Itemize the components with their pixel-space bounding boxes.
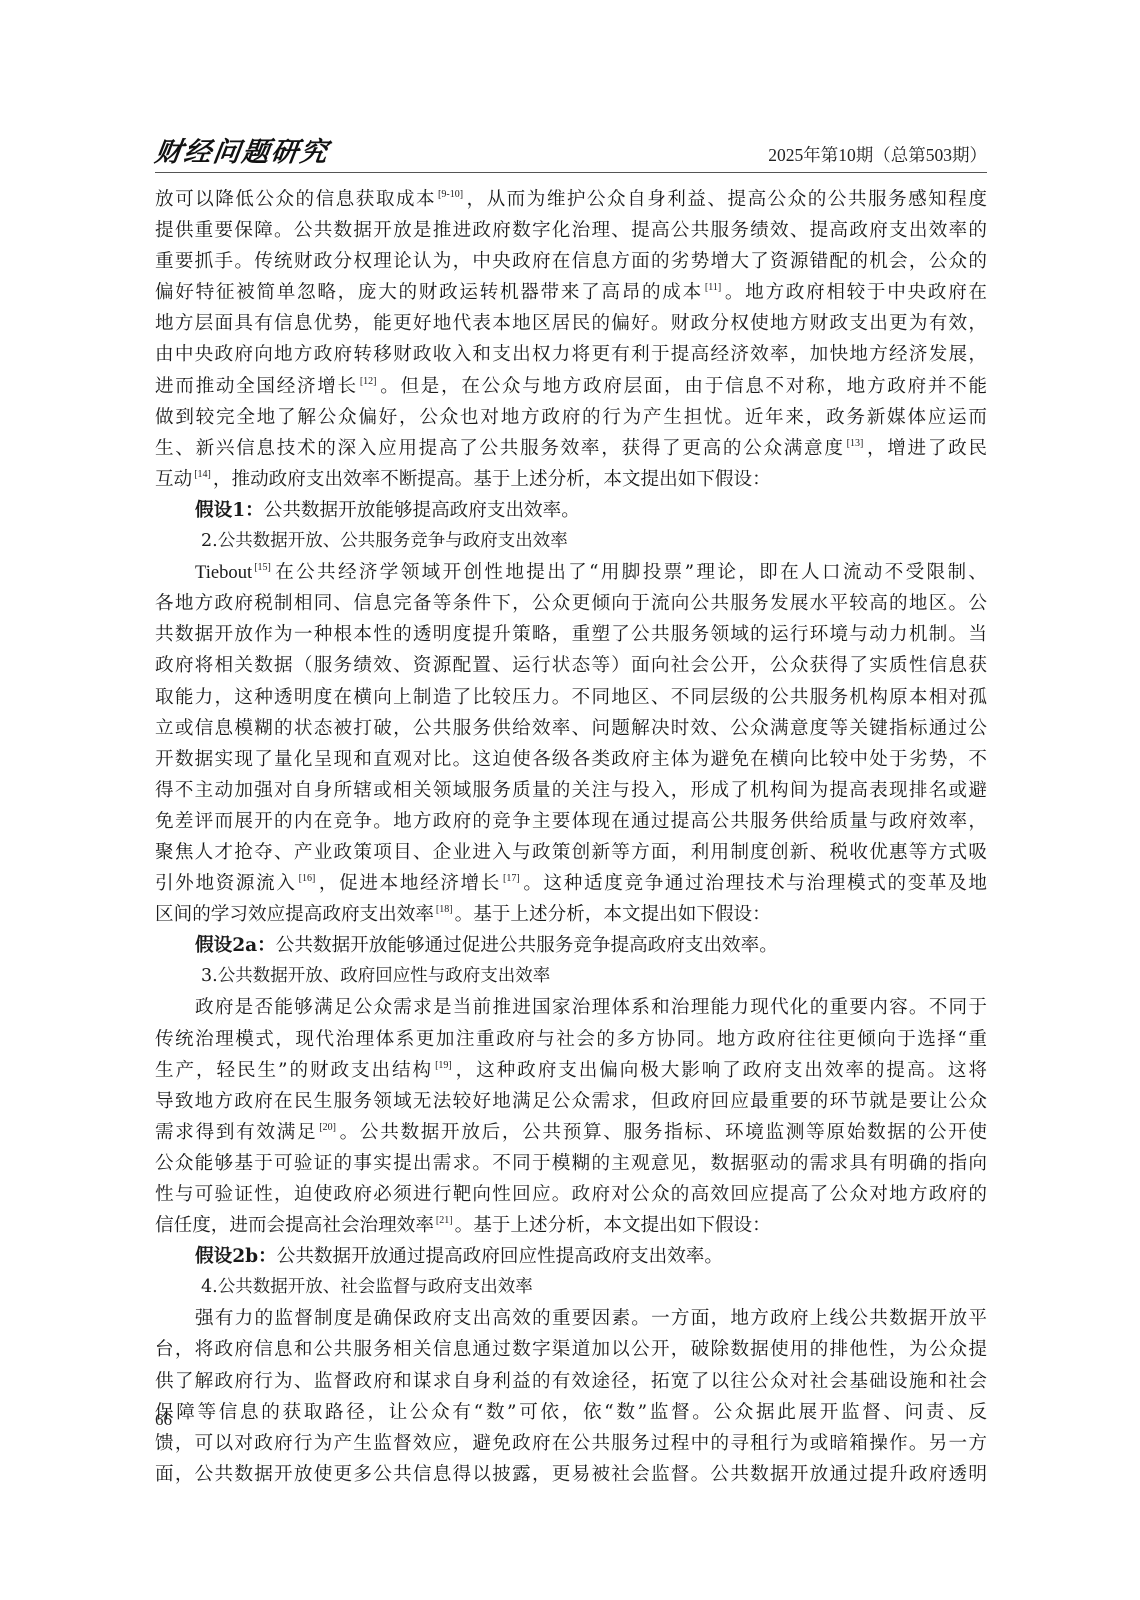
line-text: 生产，轻民生”的财政支出结构 <box>155 1060 433 1081</box>
line-text: 做到较完全地了解公众偏好，公众也对地方政府的行为产生担忧。近年来，政务新媒体应运… <box>155 407 987 428</box>
citation-ref: [16] <box>299 873 316 884</box>
paragraph: 放可以降低公众的信息获取成本[9-10]，从而为维护公众自身利益、提高公众的公共… <box>155 184 987 495</box>
line-text: 。公共数据开放后，公共预算、服务指标、环境监测等原始数据的公开使 <box>338 1122 987 1143</box>
line-text: 政府将相关数据（服务绩效、资源配置、运行状态等）面向社会公开，公众获得了实质性信… <box>155 655 987 676</box>
text-line: 政府将相关数据（服务绩效、资源配置、运行状态等）面向社会公开，公众获得了实质性信… <box>155 650 987 681</box>
text-line: 政府是否能够满足公众需求是当前推进国家治理体系和治理能力现代化的重要内容。不同于 <box>155 992 987 1023</box>
text-line: 强有力的监督制度是确保政府支出高效的重要因素。一方面，地方政府上线公共数据开放平 <box>155 1303 987 1334</box>
text-line: 提供重要保障。公共数据开放是推进政府数字化治理、提高公共服务绩效、提高政府支出效… <box>155 215 987 246</box>
line-text: 。但是，在公众与地方政府层面，由于信息不对称，地方政府并不能 <box>379 376 987 397</box>
line-text: 区间的学习效应提高政府支出效率 <box>155 904 434 925</box>
text-line: 开数据实现了量化呈现和直观对比。这迫使各级各类政府主体为避免在横向比较中处于劣势… <box>155 744 987 775</box>
line-text: 提供重要保障。公共数据开放是推进政府数字化治理、提高公共服务绩效、提高政府支出效… <box>155 220 987 241</box>
running-header: 财经问题研究 2025年第10期（总第503期） <box>155 138 987 173</box>
text-line: 地方层面具有信息优势，能更好地代表本地区居民的偏好。财政分权使地方财政支出更为有… <box>155 308 987 339</box>
line-text: 偏好特征被简单忽略，庞大的财政运转机器带来了高昂的成本 <box>155 282 703 303</box>
text-line: 生、新兴信息技术的深入应用提高了公共服务效率，获得了更高的公众满意度[13]，增… <box>155 433 987 464</box>
hypothesis: 假设2b：公共数据开放通过提高政府回应性提高政府支出效率。 <box>155 1241 987 1272</box>
line-text: 。这种适度竞争通过治理技术与治理模式的变革及地 <box>522 873 987 894</box>
line-text: 重要抓手。传统财政分权理论认为，中央政府在信息方面的劣势增大了资源错配的机会，公… <box>155 251 987 272</box>
citation-ref: [17] <box>503 873 520 884</box>
hypothesis-text: 公共数据开放能够提高政府支出效率。 <box>264 500 580 521</box>
line-text: 政府是否能够满足公众需求是当前推进国家治理体系和治理能力现代化的重要内容。不同于 <box>195 997 987 1018</box>
line-text: 互动 <box>155 469 192 490</box>
paragraph: Tiebout[15]在公共经济学领域开创性地提出了“用脚投票”理论，即在人口流… <box>155 557 987 930</box>
text-line: 放可以降低公众的信息获取成本[9-10]，从而为维护公众自身利益、提高公众的公共… <box>155 184 987 215</box>
line-text: 公众能够基于可验证的事实提出需求。不同于模糊的主观意见，数据驱动的需求具有明确的… <box>155 1153 987 1174</box>
text-line: 进而推动全国经济增长[12]。但是，在公众与地方政府层面，由于信息不对称，地方政… <box>155 371 987 402</box>
text-line: 各地方政府税制相同、信息完备等条件下，公众更倾向于流向公共服务发展水平较高的地区… <box>155 588 987 619</box>
issue-info: 2025年第10期（总第503期） <box>768 144 987 166</box>
citation-ref: [21] <box>436 1215 453 1226</box>
line-text: 面，公共数据开放使更多公共信息得以披露，更易被社会监督。公共数据开放通过提升政府… <box>155 1464 987 1485</box>
hypothesis-label: 假设1： <box>195 500 264 521</box>
line-text: 台，将政府信息和公共服务相关信息通过数字渠道加以公开，破除数据使用的排他性，为公… <box>155 1339 987 1360</box>
line-text: 放可以降低公众的信息获取成本 <box>155 189 436 210</box>
paragraph: 强有力的监督制度是确保政府支出高效的重要因素。一方面，地方政府上线公共数据开放平… <box>155 1303 987 1490</box>
text-line: 信任度，进而会提高社会治理效率[21]。基于上述分析，本文提出如下假设： <box>155 1210 987 1241</box>
line-text: ，这种政府支出偏向极大影响了政府支出效率的提高。这将 <box>454 1060 987 1081</box>
citation-ref: [9-10] <box>438 189 463 200</box>
line-text: 传统治理模式，现代治理体系更加注重政府与社会的多方协同。地方政府往往更倾向于选择… <box>155 1029 987 1050</box>
text-line: 传统治理模式，现代治理体系更加注重政府与社会的多方协同。地方政府往往更倾向于选择… <box>155 1024 987 1055</box>
line-text: ，从而为维护公众自身利益、提高公众的公共服务感知程度 <box>465 189 987 210</box>
line-text: 。基于上述分析，本文提出如下假设： <box>455 904 771 925</box>
line-text: 需求得到有效满足 <box>155 1122 317 1143</box>
text-line: 得不主动加强对自身所辖或相关领域服务质量的关注与投入，形成了机构间为提高表现排名… <box>155 775 987 806</box>
text-line: 馈，可以对政府行为产生监督效应，避免政府在公共服务过程中的寻租行为或暗箱操作。另… <box>155 1428 987 1459</box>
line-text: 。地方政府相较于中央政府在 <box>723 282 987 303</box>
text-line: 导致地方政府在民生服务领域无法较好地满足公众需求，但政府回应最重要的环节就是要让… <box>155 1086 987 1117</box>
text-line: 供了解政府行为、监督政府和谋求自身利益的有效途径，拓宽了以往公众对社会基础设施和… <box>155 1366 987 1397</box>
text-line: 重要抓手。传统财政分权理论认为，中央政府在信息方面的劣势增大了资源错配的机会，公… <box>155 246 987 277</box>
text-line: 面，公共数据开放使更多公共信息得以披露，更易被社会监督。公共数据开放通过提升政府… <box>155 1459 987 1490</box>
article-body: 放可以降低公众的信息获取成本[9-10]，从而为维护公众自身利益、提高公众的公共… <box>155 184 987 1490</box>
line-text: 共数据开放作为一种根本性的透明度提升策略，重塑了公共服务领域的运行环境与动力机制… <box>155 624 987 645</box>
section-heading: 2.公共数据开放、公共服务竞争与政府支出效率 <box>155 526 987 557</box>
text-line: 互动[14]，推动政府支出效率不断提高。基于上述分析，本文提出如下假设： <box>155 464 987 495</box>
text-line: 聚焦人才抢夺、产业政策项目、企业进入与政策创新等方面，利用制度创新、税收优惠等方… <box>155 837 987 868</box>
section-heading: 3.公共数据开放、政府回应性与政府支出效率 <box>155 961 987 992</box>
line-text: ，推动政府支出效率不断提高。基于上述分析，本文提出如下假设： <box>213 469 771 490</box>
line-text: ，增进了政民 <box>865 438 987 459</box>
line-text: 聚焦人才抢夺、产业政策项目、企业进入与政策创新等方面，利用制度创新、税收优惠等方… <box>155 842 987 863</box>
journal-title-logo: 财经问题研究 <box>153 138 331 168</box>
page-number: 66 <box>155 1410 172 1430</box>
text-line: 立或信息模糊的状态被打破，公共服务供给效率、问题解决时效、公众满意度等关键指标通… <box>155 713 987 744</box>
line-text: 开数据实现了量化呈现和直观对比。这迫使各级各类政府主体为避免在横向比较中处于劣势… <box>155 749 987 770</box>
line-text: 性与可验证性，迫使政府必须进行靶向性回应。政府对公众的高效回应提高了公众对地方政… <box>155 1184 987 1205</box>
text-line: 保障等信息的获取路径，让公众有“数”可依，依“数”监督。公众据此展开监督、问责、… <box>155 1397 987 1428</box>
text-line: 区间的学习效应提高政府支出效率[18]。基于上述分析，本文提出如下假设： <box>155 899 987 930</box>
citation-ref: [18] <box>436 904 453 915</box>
line-text: 得不主动加强对自身所辖或相关领域服务质量的关注与投入，形成了机构间为提高表现排名… <box>155 780 987 801</box>
citation-ref: [12] <box>360 376 377 387</box>
citation-ref: [11] <box>705 282 721 293</box>
line-text: 立或信息模糊的状态被打破，公共服务供给效率、问题解决时效、公众满意度等关键指标通… <box>155 718 987 739</box>
line-text: 馈，可以对政府行为产生监督效应，避免政府在公共服务过程中的寻租行为或暗箱操作。另… <box>155 1433 987 1454</box>
text-line: Tiebout[15]在公共经济学领域开创性地提出了“用脚投票”理论，即在人口流… <box>155 557 987 588</box>
hypothesis: 假设2a：公共数据开放能够通过促进公共服务竞争提高政府支出效率。 <box>155 930 987 961</box>
hypothesis: 假设1：公共数据开放能够提高政府支出效率。 <box>155 495 987 526</box>
citation-ref: [13] <box>847 438 864 449</box>
text-line: 生产，轻民生”的财政支出结构[19]，这种政府支出偏向极大影响了政府支出效率的提… <box>155 1055 987 1086</box>
hypothesis-label: 假设2b： <box>195 1246 277 1267</box>
line-text: 保障等信息的获取路径，让公众有“数”可依，依“数”监督。公众据此展开监督、问责、… <box>155 1402 987 1423</box>
line-text: 免差评而展开的内在竞争。地方政府的竞争主要体现在通过提高公共服务供给质量与政府效… <box>155 811 987 832</box>
line-text: 强有力的监督制度是确保政府支出高效的重要因素。一方面，地方政府上线公共数据开放平 <box>195 1308 987 1329</box>
line-text: 供了解政府行为、监督政府和谋求自身利益的有效途径，拓宽了以往公众对社会基础设施和… <box>155 1371 987 1392</box>
line-text: ，促进本地经济增长 <box>317 873 501 894</box>
text-line: 共数据开放作为一种根本性的透明度提升策略，重塑了公共服务领域的运行环境与动力机制… <box>155 619 987 650</box>
section-heading: 4.公共数据开放、社会监督与政府支出效率 <box>155 1272 987 1303</box>
hypothesis-text: 公共数据开放能够通过促进公共服务竞争提高政府支出效率。 <box>276 935 778 956</box>
text-line: 性与可验证性，迫使政府必须进行靶向性回应。政府对公众的高效回应提高了公众对地方政… <box>155 1179 987 1210</box>
paragraph: 政府是否能够满足公众需求是当前推进国家治理体系和治理能力现代化的重要内容。不同于… <box>155 992 987 1241</box>
line-text: 导致地方政府在民生服务领域无法较好地满足公众需求，但政府回应最重要的环节就是要让… <box>155 1091 987 1112</box>
line-text: 在公共经济学领域开创性地提出了“用脚投票”理论，即在人口流动不受限制、 <box>273 562 987 583</box>
text-line: 偏好特征被简单忽略，庞大的财政运转机器带来了高昂的成本[11]。地方政府相较于中… <box>155 277 987 308</box>
citation-ref: [14] <box>194 469 211 480</box>
line-text: 信任度，进而会提高社会治理效率 <box>155 1215 434 1236</box>
line-text: 由中央政府向地方政府转移财政收入和支出权力将更有利于提高经济效率，加快地方经济发… <box>155 344 987 365</box>
line-text: 引外地资源流入 <box>155 873 297 894</box>
text-line: 公众能够基于可验证的事实提出需求。不同于模糊的主观意见，数据驱动的需求具有明确的… <box>155 1148 987 1179</box>
hypothesis-text: 公共数据开放通过提高政府回应性提高政府支出效率。 <box>277 1246 723 1267</box>
line-text: 取能力，这种透明度在横向上制造了比较压力。不同地区、不同层级的公共服务机构原本相… <box>155 687 987 708</box>
line-text: 。基于上述分析，本文提出如下假设： <box>455 1215 771 1236</box>
citation-ref: [15] <box>254 562 271 573</box>
citation-ref: [20] <box>319 1122 336 1133</box>
text-line: 做到较完全地了解公众偏好，公众也对地方政府的行为产生担忧。近年来，政务新媒体应运… <box>155 402 987 433</box>
text-line: 免差评而展开的内在竞争。地方政府的竞争主要体现在通过提高公共服务供给质量与政府效… <box>155 806 987 837</box>
line-text: 各地方政府税制相同、信息完备等条件下，公众更倾向于流向公共服务发展水平较高的地区… <box>155 593 987 614</box>
text-line: 由中央政府向地方政府转移财政收入和支出权力将更有利于提高经济效率，加快地方经济发… <box>155 339 987 370</box>
text-line: 需求得到有效满足[20]。公共数据开放后，公共预算、服务指标、环境监测等原始数据… <box>155 1117 987 1148</box>
line-text: 地方层面具有信息优势，能更好地代表本地区居民的偏好。财政分权使地方财政支出更为有… <box>155 313 987 334</box>
author-name: Tiebout <box>195 562 252 583</box>
hypothesis-label: 假设2a： <box>195 935 276 956</box>
text-line: 台，将政府信息和公共服务相关信息通过数字渠道加以公开，破除数据使用的排他性，为公… <box>155 1334 987 1365</box>
text-line: 取能力，这种透明度在横向上制造了比较压力。不同地区、不同层级的公共服务机构原本相… <box>155 682 987 713</box>
text-line: 引外地资源流入[16]，促进本地经济增长[17]。这种适度竞争通过治理技术与治理… <box>155 868 987 899</box>
line-text: 进而推动全国经济增长 <box>155 376 358 397</box>
citation-ref: [19] <box>435 1060 452 1071</box>
line-text: 生、新兴信息技术的深入应用提高了公共服务效率，获得了更高的公众满意度 <box>155 438 845 459</box>
